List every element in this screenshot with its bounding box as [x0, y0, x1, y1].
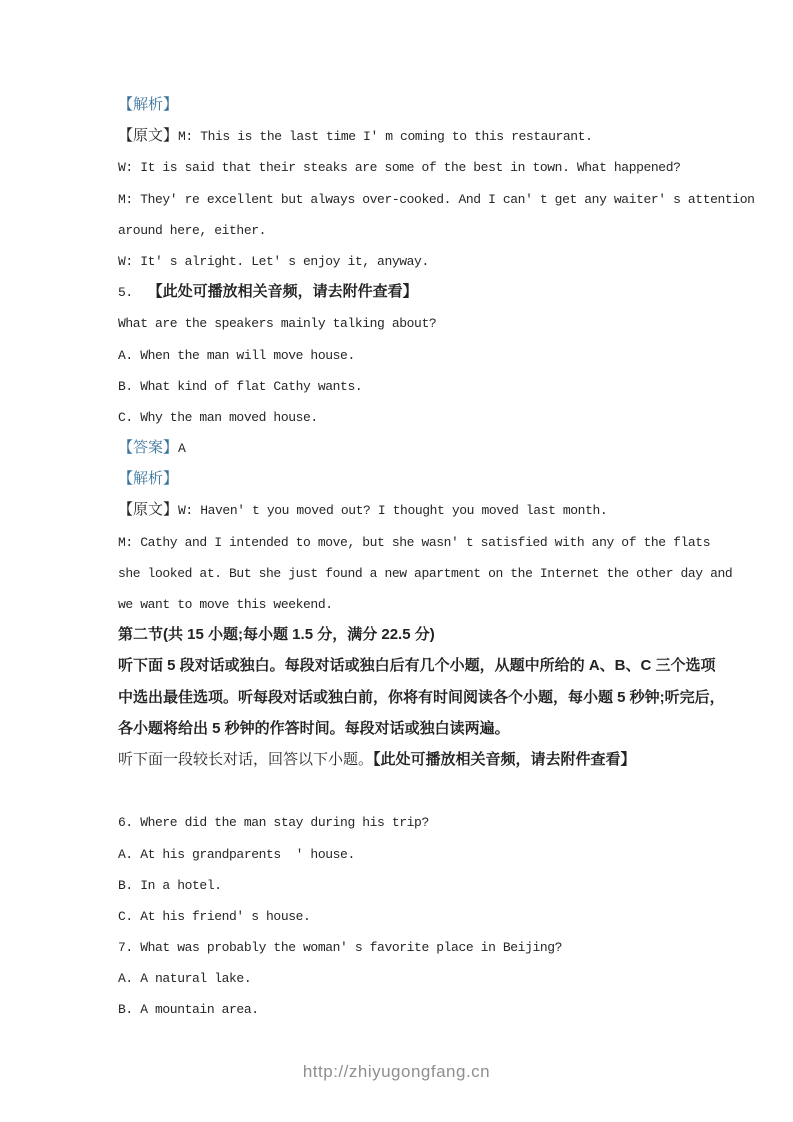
text-segment: 第二节(共 15 小题;每小题 1.5 分，满分 22.5 分) [118, 626, 435, 643]
option-line: B. What kind of flat Cathy wants. [118, 370, 758, 401]
text-segment: W: Haven' t you moved out? I thought you… [178, 503, 607, 518]
text-segment: W: It' s alright. Let' s enjoy it, anywa… [118, 254, 429, 269]
instructions-line: 各小题将给出 5 秒钟的作答时间。每段对话或独白读两遍。 [118, 713, 758, 744]
text-segment: A [178, 441, 185, 456]
document-page: 【解析】【原文】M: This is the last time I' m co… [0, 0, 793, 1122]
text-segment: around here, either. [118, 223, 266, 238]
transcript-line: M: They' re excellent but always over-co… [118, 183, 758, 214]
option-line: C. At his friend' s house. [118, 900, 758, 931]
blank-line [118, 775, 758, 806]
instructions-line: 中选出最佳选项。听每段对话或独白前，你将有时间阅读各个小题，每小题 5 秒钟;听… [118, 682, 758, 713]
text-segment: 5. [118, 285, 148, 300]
text-segment: she looked at. But she just found a new … [118, 566, 732, 581]
text-segment: 7. What was probably the woman' s favori… [118, 940, 562, 955]
transcript-line: she looked at. But she just found a new … [118, 557, 758, 588]
text-segment: we want to move this weekend. [118, 597, 333, 612]
document-text-block: 【解析】【原文】M: This is the last time I' m co… [118, 89, 758, 1025]
instructions-line: 听下面一段较长对话，回答以下小题。【此处可播放相关音频，请去附件查看】 [118, 744, 758, 775]
text-segment: 【原文】 [118, 127, 178, 144]
question-line: 7. What was probably the woman' s favori… [118, 931, 758, 962]
transcript-line: W: It is said that their steaks are some… [118, 151, 758, 182]
footer-url: http://zhiyugongfang.cn [0, 1062, 793, 1082]
text-segment: 【解析】 [118, 96, 178, 113]
text-segment: B. A mountain area. [118, 1002, 259, 1017]
text-segment: W: It is said that their steaks are some… [118, 160, 681, 175]
answer-line: 【答案】A [118, 432, 758, 463]
question-line: What are the speakers mainly talking abo… [118, 307, 758, 338]
option-line: A. At his grandparents ' house. [118, 838, 758, 869]
text-segment: 【此处可播放相关音频，请去附件查看】 [148, 283, 418, 300]
analysis-label-line: 【解析】 [118, 463, 758, 494]
text-segment: 【答案】 [118, 439, 178, 456]
transcript-line: 【原文】M: This is the last time I' m coming… [118, 120, 758, 151]
text-segment: 听下面 5 段对话或独白。每段对话或独白后有几个小题，从题中所给的 A、B、C … [118, 657, 716, 674]
option-line: A. When the man will move house. [118, 339, 758, 370]
section-header-line: 第二节(共 15 小题;每小题 1.5 分，满分 22.5 分) [118, 619, 758, 650]
text-segment: A. At his grandparents ' house. [118, 847, 355, 862]
analysis-label-line: 【解析】 [118, 89, 758, 120]
option-line: C. Why the man moved house. [118, 401, 758, 432]
question-line: 6. Where did the man stay during his tri… [118, 806, 758, 837]
option-line: A. A natural lake. [118, 962, 758, 993]
text-segment: M: Cathy and I intended to move, but she… [118, 535, 710, 550]
text-segment: B. What kind of flat Cathy wants. [118, 379, 362, 394]
text-segment: C. At his friend' s house. [118, 909, 310, 924]
instructions-line: 听下面 5 段对话或独白。每段对话或独白后有几个小题，从题中所给的 A、B、C … [118, 650, 758, 681]
question-number-line: 5. 【此处可播放相关音频，请去附件查看】 [118, 276, 758, 307]
transcript-line: M: Cathy and I intended to move, but she… [118, 526, 758, 557]
text-segment: 【原文】 [118, 501, 178, 518]
text-segment: 中选出最佳选项。听每段对话或独白前，你将有时间阅读各个小题，每小题 5 秒钟;听… [118, 689, 725, 706]
text-segment: A. A natural lake. [118, 971, 251, 986]
transcript-line: 【原文】W: Haven' t you moved out? I thought… [118, 494, 758, 525]
text-segment: M: They' re excellent but always over-co… [118, 192, 755, 207]
option-line: B. A mountain area. [118, 993, 758, 1024]
text-segment: M: This is the last time I' m coming to … [178, 129, 592, 144]
text-segment: B. In a hotel. [118, 878, 222, 893]
transcript-line: W: It' s alright. Let' s enjoy it, anywa… [118, 245, 758, 276]
text-segment: 6. Where did the man stay during his tri… [118, 815, 429, 830]
text-segment: 各小题将给出 5 秒钟的作答时间。每段对话或独白读两遍。 [118, 720, 510, 737]
transcript-line: we want to move this weekend. [118, 588, 758, 619]
text-segment: A. When the man will move house. [118, 348, 355, 363]
text-segment: 【此处可播放相关音频，请去附件查看】 [373, 751, 636, 768]
text-segment: C. Why the man moved house. [118, 410, 318, 425]
transcript-line: around here, either. [118, 214, 758, 245]
text-segment: What are the speakers mainly talking abo… [118, 316, 436, 331]
text-segment: 【解析】 [118, 470, 178, 487]
option-line: B. In a hotel. [118, 869, 758, 900]
text-segment: 听下面一段较长对话，回答以下小题。 [118, 751, 373, 768]
